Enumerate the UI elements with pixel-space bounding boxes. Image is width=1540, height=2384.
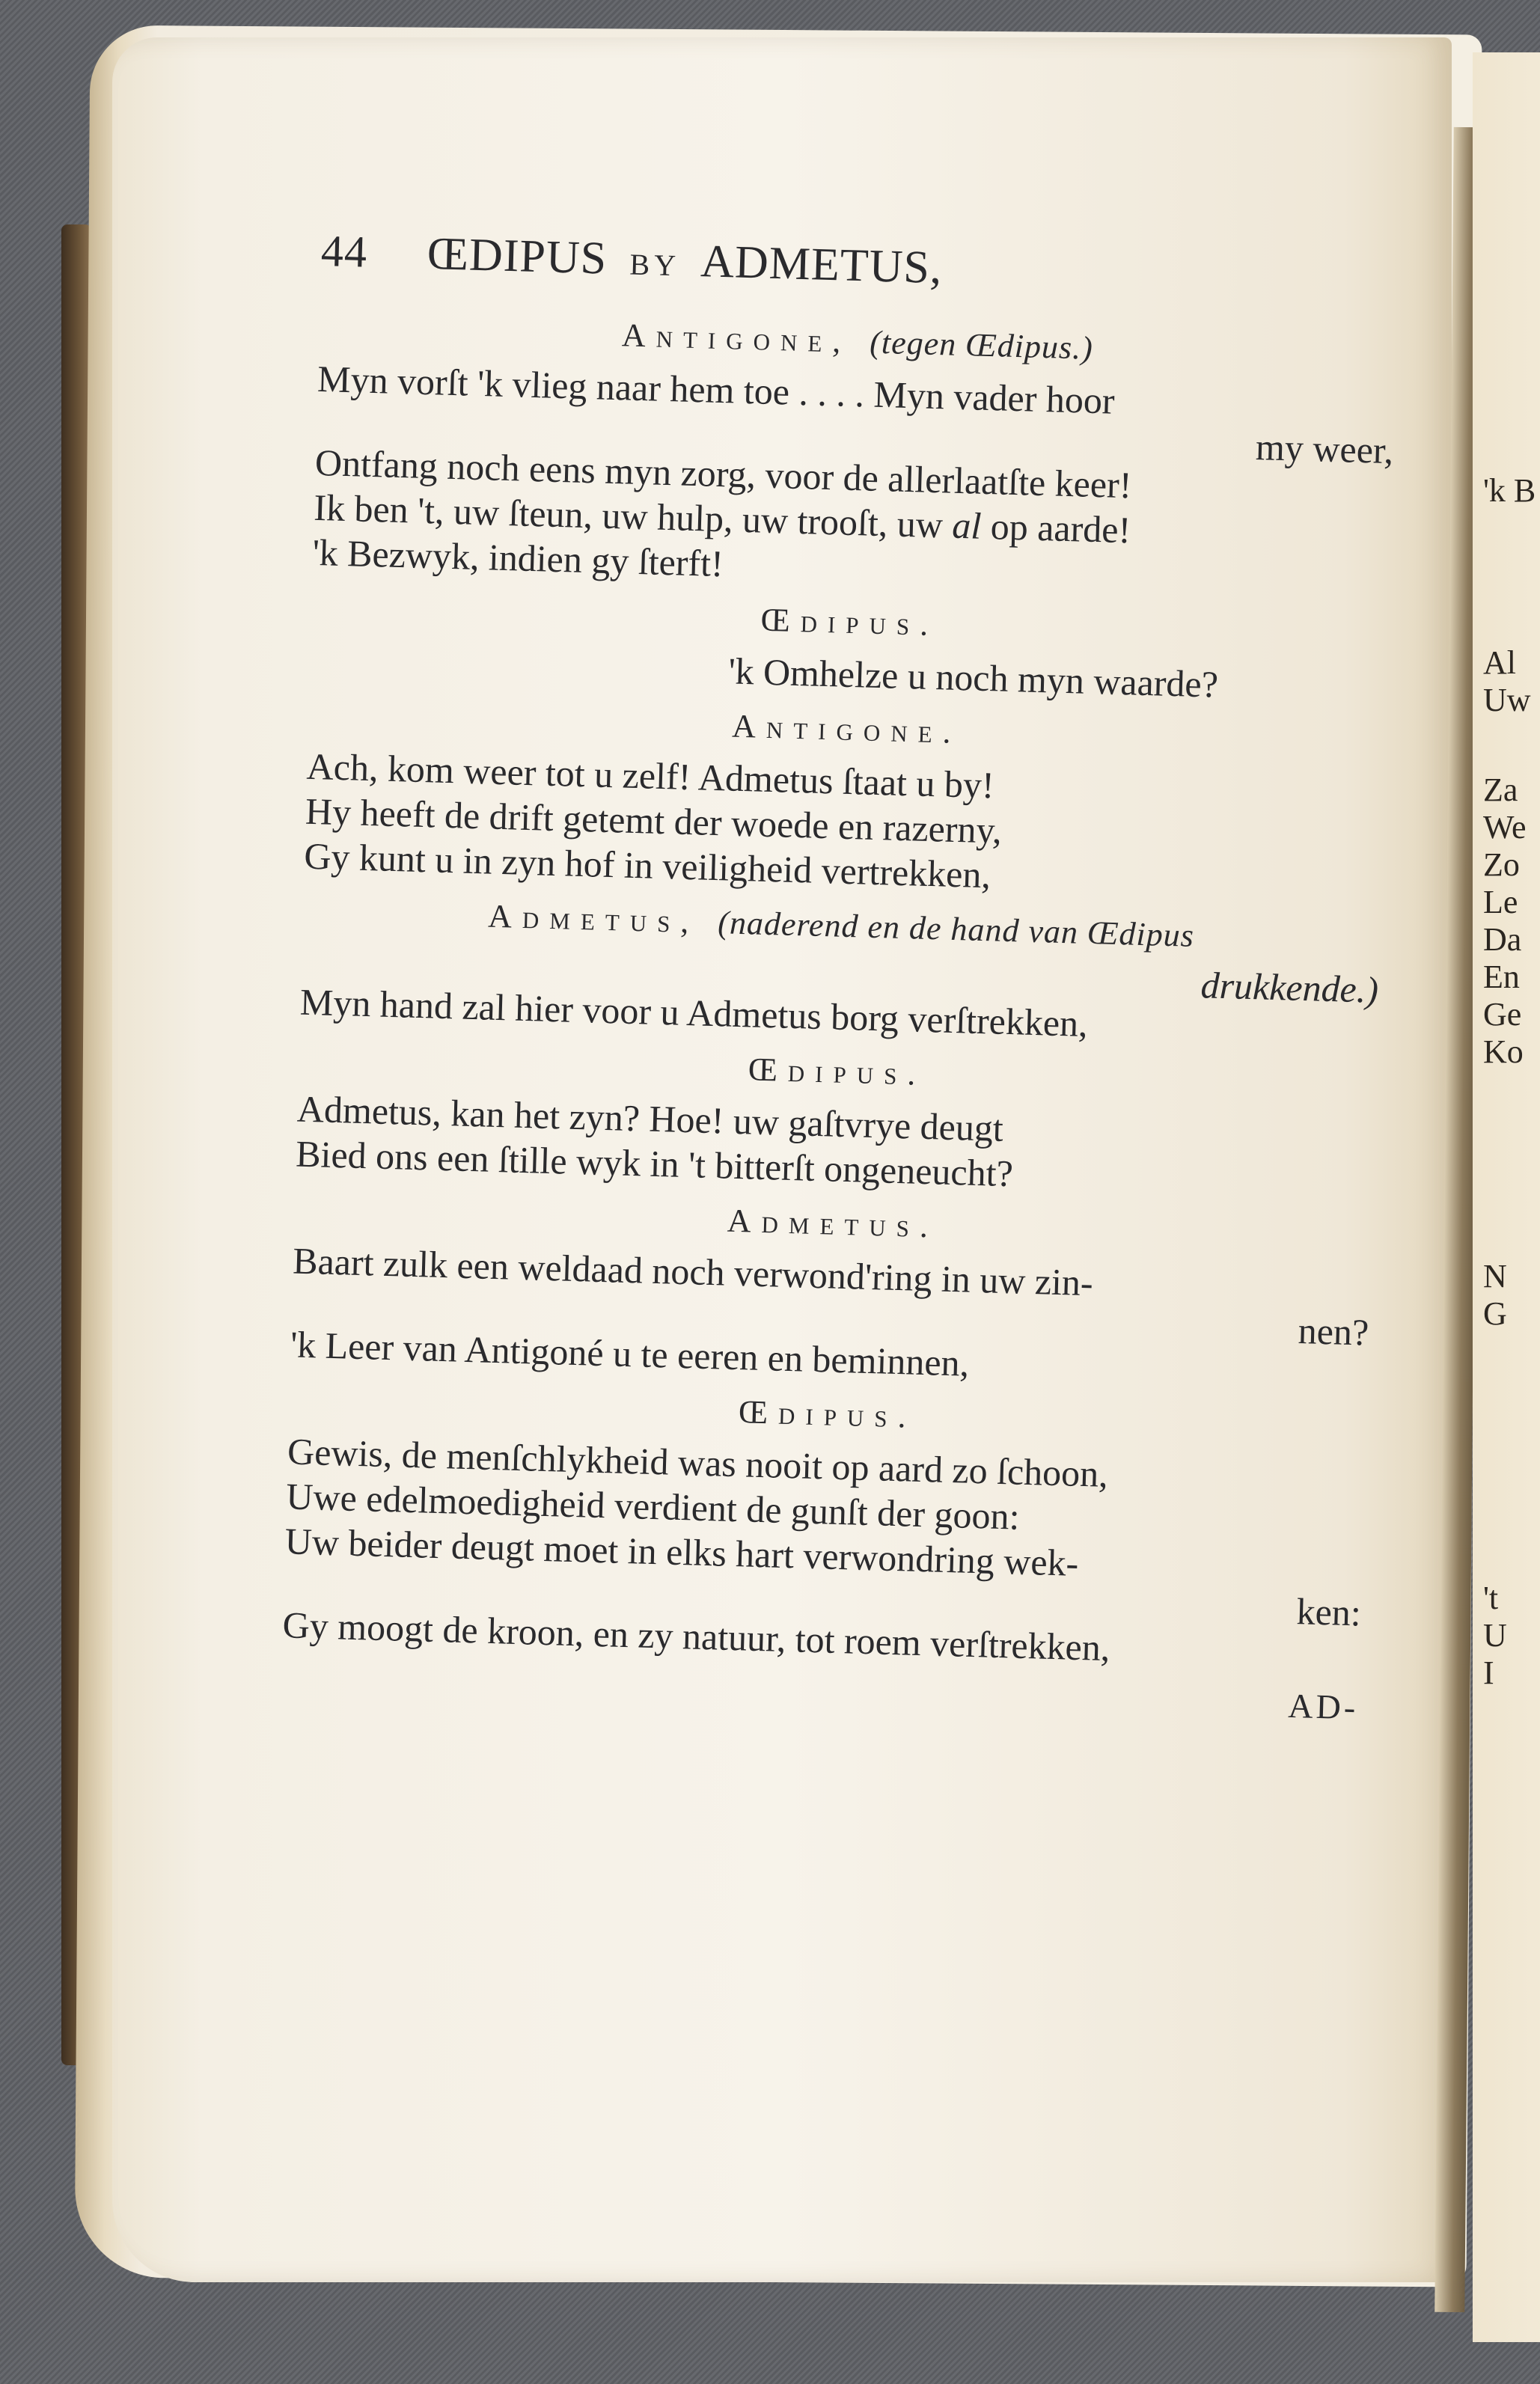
- facing-page-text: N: [1483, 1257, 1507, 1295]
- facing-page-text: G: [1483, 1295, 1507, 1333]
- facing-page-text: Ge: [1483, 995, 1521, 1033]
- facing-page-text: Zo: [1483, 846, 1520, 884]
- facing-page-text: U: [1483, 1616, 1507, 1654]
- facing-page-text: Al: [1483, 644, 1516, 682]
- stage-direction: (naderend en de hand van Œdipus: [718, 904, 1195, 954]
- facing-page-text: We: [1483, 808, 1527, 846]
- facing-page-text: 'k B: [1483, 471, 1536, 510]
- facing-page-text: Za: [1483, 771, 1518, 809]
- facing-page-fragment: 'k B Al Uw Za We Zo Le Da En Ge Ko N G '…: [1473, 52, 1540, 2342]
- printed-text: 44 ŒDIPUS BY ADMETUS, Antigone, (tegen Œ…: [281, 224, 1399, 1727]
- book-photo: 'k B Al Uw Za We Zo Le Da En Ge Ko N G '…: [0, 0, 1540, 2384]
- facing-page-text: En: [1483, 958, 1520, 996]
- page-number: 44: [320, 225, 368, 278]
- facing-page-text: Le: [1483, 883, 1518, 921]
- facing-page-text: 't: [1483, 1579, 1498, 1617]
- facing-page-text: I: [1483, 1654, 1494, 1692]
- facing-page-text: Da: [1483, 920, 1521, 959]
- facing-page-text: Ko: [1483, 1033, 1524, 1071]
- stage-direction: (tegen Œdipus.): [870, 324, 1094, 367]
- facing-page-text: Uw: [1483, 681, 1531, 719]
